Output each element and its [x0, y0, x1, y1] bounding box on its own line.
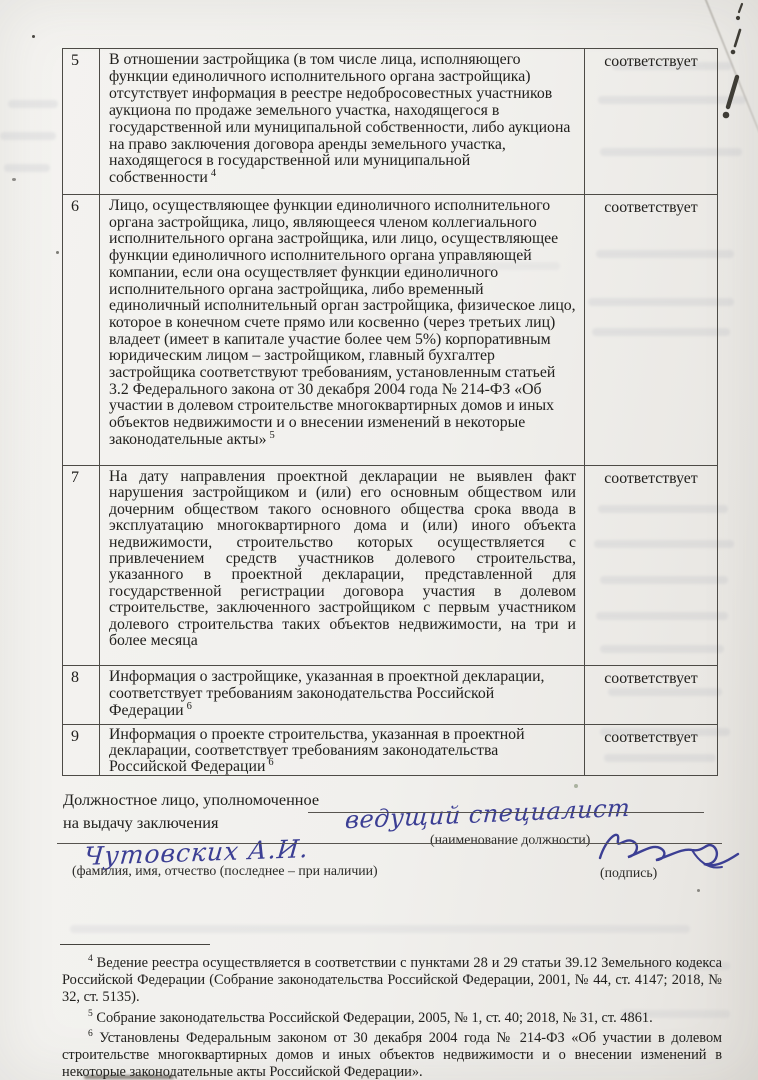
ink-speck	[56, 251, 59, 254]
scanned-document-page: 5 В отношении застройщика (в том числе л…	[0, 0, 758, 1080]
ink-speck	[574, 784, 578, 788]
requirement-text: На дату направления проектной декларации…	[100, 466, 585, 665]
bleed-through-artifact	[8, 100, 58, 108]
row-number: 7	[63, 466, 100, 665]
footnote-reference: 5	[269, 430, 274, 441]
table-row: 6 Лицо, осуществляющее функции единоличн…	[63, 195, 717, 466]
requirement-text-body: В отношении застройщика (в том числе лиц…	[109, 51, 570, 186]
compliance-status: соответствует	[585, 725, 717, 775]
bleed-through-artifact	[4, 164, 50, 172]
row-number: 6	[63, 195, 100, 465]
bleed-through-artifact	[70, 925, 690, 933]
compliance-status: соответствует	[585, 49, 717, 194]
official-label: Должностное лицо, уполномоченное на выда…	[63, 788, 319, 834]
footnote-separator	[60, 944, 210, 945]
row-number: 8	[63, 666, 100, 724]
footnote-reference: 4	[211, 168, 216, 179]
footnote-reference: 6	[268, 757, 273, 768]
requirement-text-body: Информация о проекте строительства, указ…	[109, 726, 525, 775]
requirement-text-body: Информация о застройщике, указанная в пр…	[109, 668, 545, 719]
official-label-line1: Должностное лицо, уполномоченное	[63, 788, 319, 811]
official-label-line2: на выдачу заключения	[63, 811, 319, 834]
requirement-text: В отношении застройщика (в том числе лиц…	[100, 49, 585, 194]
row-number: 9	[63, 725, 100, 775]
ink-speck	[32, 35, 35, 38]
name-underline	[57, 843, 490, 844]
requirement-text: Информация о проекте строительства, указ…	[100, 725, 585, 775]
requirement-text: Лицо, осуществляющее функции единоличног…	[100, 195, 585, 465]
footnotes-section: 4 Ведение реестра осуществляется в соотв…	[62, 951, 722, 1080]
footnote: 4 Ведение реестра осуществляется в соотв…	[62, 951, 722, 1006]
compliance-status: соответствует	[585, 195, 717, 465]
table-row: 8 Информация о застройщике, указанная в …	[63, 666, 717, 725]
requirement-text-body: На дату направления проектной декларации…	[109, 468, 576, 649]
signature-caption: (подпись)	[600, 865, 657, 881]
footnote-text: Установлены Федеральным законом от 30 де…	[62, 1030, 722, 1080]
name-caption: (фамилия, имя, отчество (последнее – при…	[72, 863, 378, 879]
footnote-reference: 6	[187, 701, 192, 712]
handwritten-position: ведущий специалист	[344, 794, 631, 835]
footnote-mark: 4	[88, 954, 93, 964]
footnote-text: Собрание законодательства Российской Фед…	[96, 1009, 652, 1025]
footnote: 6 Установлены Федеральным законом от 30 …	[62, 1026, 722, 1080]
ink-speck	[697, 889, 700, 892]
row-number: 5	[63, 49, 100, 194]
handwritten-exclamation-mark	[718, 0, 758, 125]
position-underline	[308, 812, 704, 813]
compliance-status: соответствует	[585, 466, 717, 665]
table-row: 5 В отношении застройщика (в том числе л…	[63, 49, 717, 195]
table-row: 7 На дату направления проектной декларац…	[63, 466, 717, 666]
footnote: 5 Собрание законодательства Российской Ф…	[62, 1006, 722, 1027]
requirement-text: Информация о застройщике, указанная в пр…	[100, 666, 585, 724]
table-row: 9 Информация о проекте строительства, ук…	[63, 725, 717, 775]
bleed-through-artifact	[0, 132, 56, 140]
compliance-table: 5 В отношении застройщика (в том числе л…	[62, 48, 718, 776]
requirement-text-body: Лицо, осуществляющее функции единоличног…	[109, 197, 576, 448]
signature-underline	[550, 843, 722, 844]
position-caption: (наименование должности)	[430, 832, 590, 848]
ink-speck	[12, 178, 16, 181]
compliance-status: соответствует	[585, 666, 717, 724]
footnote-text: Ведение реестра осуществляется в соответ…	[62, 955, 722, 1005]
footnote-mark: 5	[88, 1009, 93, 1019]
footnote-mark: 6	[88, 1029, 93, 1039]
